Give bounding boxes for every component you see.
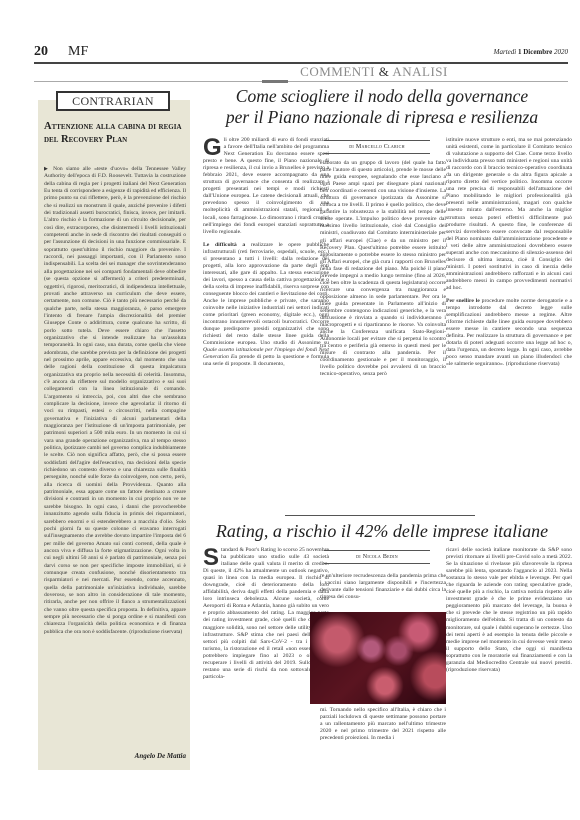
byline-rule-top	[324, 550, 430, 551]
byline-rule-bottom	[324, 153, 430, 154]
article1-headline-line2: per il Piano nazionale di ripresa e resi…	[196, 107, 568, 128]
column-label: CONTRARIAN	[56, 91, 170, 111]
article-separator	[285, 515, 475, 516]
article2-column-3: ricavi delle società italiane monitorate…	[446, 547, 572, 674]
section-title-left: COMMENTI	[300, 64, 379, 79]
section-divider-accent	[262, 80, 288, 83]
page-header: 20 MF Martedì 1 Dicembre 2020	[34, 44, 580, 64]
section-divider	[34, 81, 568, 82]
article2-author: di Nicola Bedin	[320, 554, 434, 560]
sidebar-author: Angelo De Mattia	[44, 752, 186, 760]
article2-column-2-top: re un'ulteriore recrudescenza della pand…	[320, 573, 446, 601]
article2-column-2-bottom: mi. Tornando nello specifico all'Italia,…	[320, 707, 446, 742]
section-title-amp: &	[379, 64, 390, 79]
byline-rule-top	[324, 140, 430, 141]
date-main: 1 Dicembre	[518, 48, 552, 56]
article2-byline: di Nicola Bedin	[320, 550, 434, 564]
article1-headline-line1: Come sciogliere il nodo della governance	[196, 86, 568, 107]
date-year: 2020	[554, 48, 568, 56]
section-title: COMMENTI & ANALISI	[180, 64, 568, 80]
article1-author: di Marcello Clarich	[320, 144, 434, 150]
article2-dropcap: S	[203, 548, 219, 568]
sidebar-body-text: Non siamo alle «teste d'uovo» della Tenn…	[44, 166, 186, 635]
article1-col3-paragraph1: istituire nuove strutture o enti, ma se …	[446, 137, 572, 292]
article1-column-3: istituire nuove strutture o enti, ma se …	[446, 137, 572, 369]
article2-col2-bottom-text: mi. Tornando nello specifico all'Italia,…	[320, 707, 446, 742]
article1-byline: di Marcello Clarich	[320, 140, 434, 154]
date-day: Martedì	[494, 48, 517, 56]
article1-col1-lead: Le difficoltà a	[203, 242, 245, 248]
article1-col1-paragraph2: realizzare le opere pubbliche infrastrut…	[203, 242, 329, 347]
sidebar-headline: Attenzione alla cabina di regia del Reco…	[44, 120, 184, 146]
section-title-right: ANALISI	[389, 64, 448, 79]
byline-rule-bottom	[324, 563, 430, 564]
arrow-right-icon: ▶	[44, 167, 50, 172]
article2-col3-text: ricavi delle società italiane monitorate…	[446, 547, 572, 674]
article2-col2-top-text: re un'ulteriore recrudescenza della pand…	[320, 573, 446, 601]
article1-col3-lead: Per snellire le	[446, 298, 480, 304]
publication-date: Martedì 1 Dicembre 2020	[494, 48, 568, 56]
article1-col1-paragraph1: li oltre 200 miliardi di euro di fondi s…	[203, 137, 329, 235]
article1-column-2: elaborato da un gruppo di lavoro (del qu…	[320, 160, 446, 378]
article1-col2-text: elaborato da un gruppo di lavoro (del qu…	[320, 160, 446, 378]
sidebar-body: ▶ Non siamo alle «teste d'uovo» della Te…	[44, 166, 186, 636]
page-number: 20	[34, 44, 48, 60]
coronavirus-image	[310, 612, 446, 704]
article2-headline: Rating, a rischio il 42% delle imprese i…	[196, 521, 568, 542]
masthead: MF	[68, 44, 88, 60]
article1-headline: Come sciogliere il nodo della governance…	[196, 86, 568, 128]
article1-dropcap: G	[203, 138, 222, 158]
article1-column-1: Gli oltre 200 miliardi di euro di fondi …	[203, 137, 329, 369]
article1-col3-paragraph2: procedure molte norme derogatorie e a te…	[446, 298, 572, 367]
